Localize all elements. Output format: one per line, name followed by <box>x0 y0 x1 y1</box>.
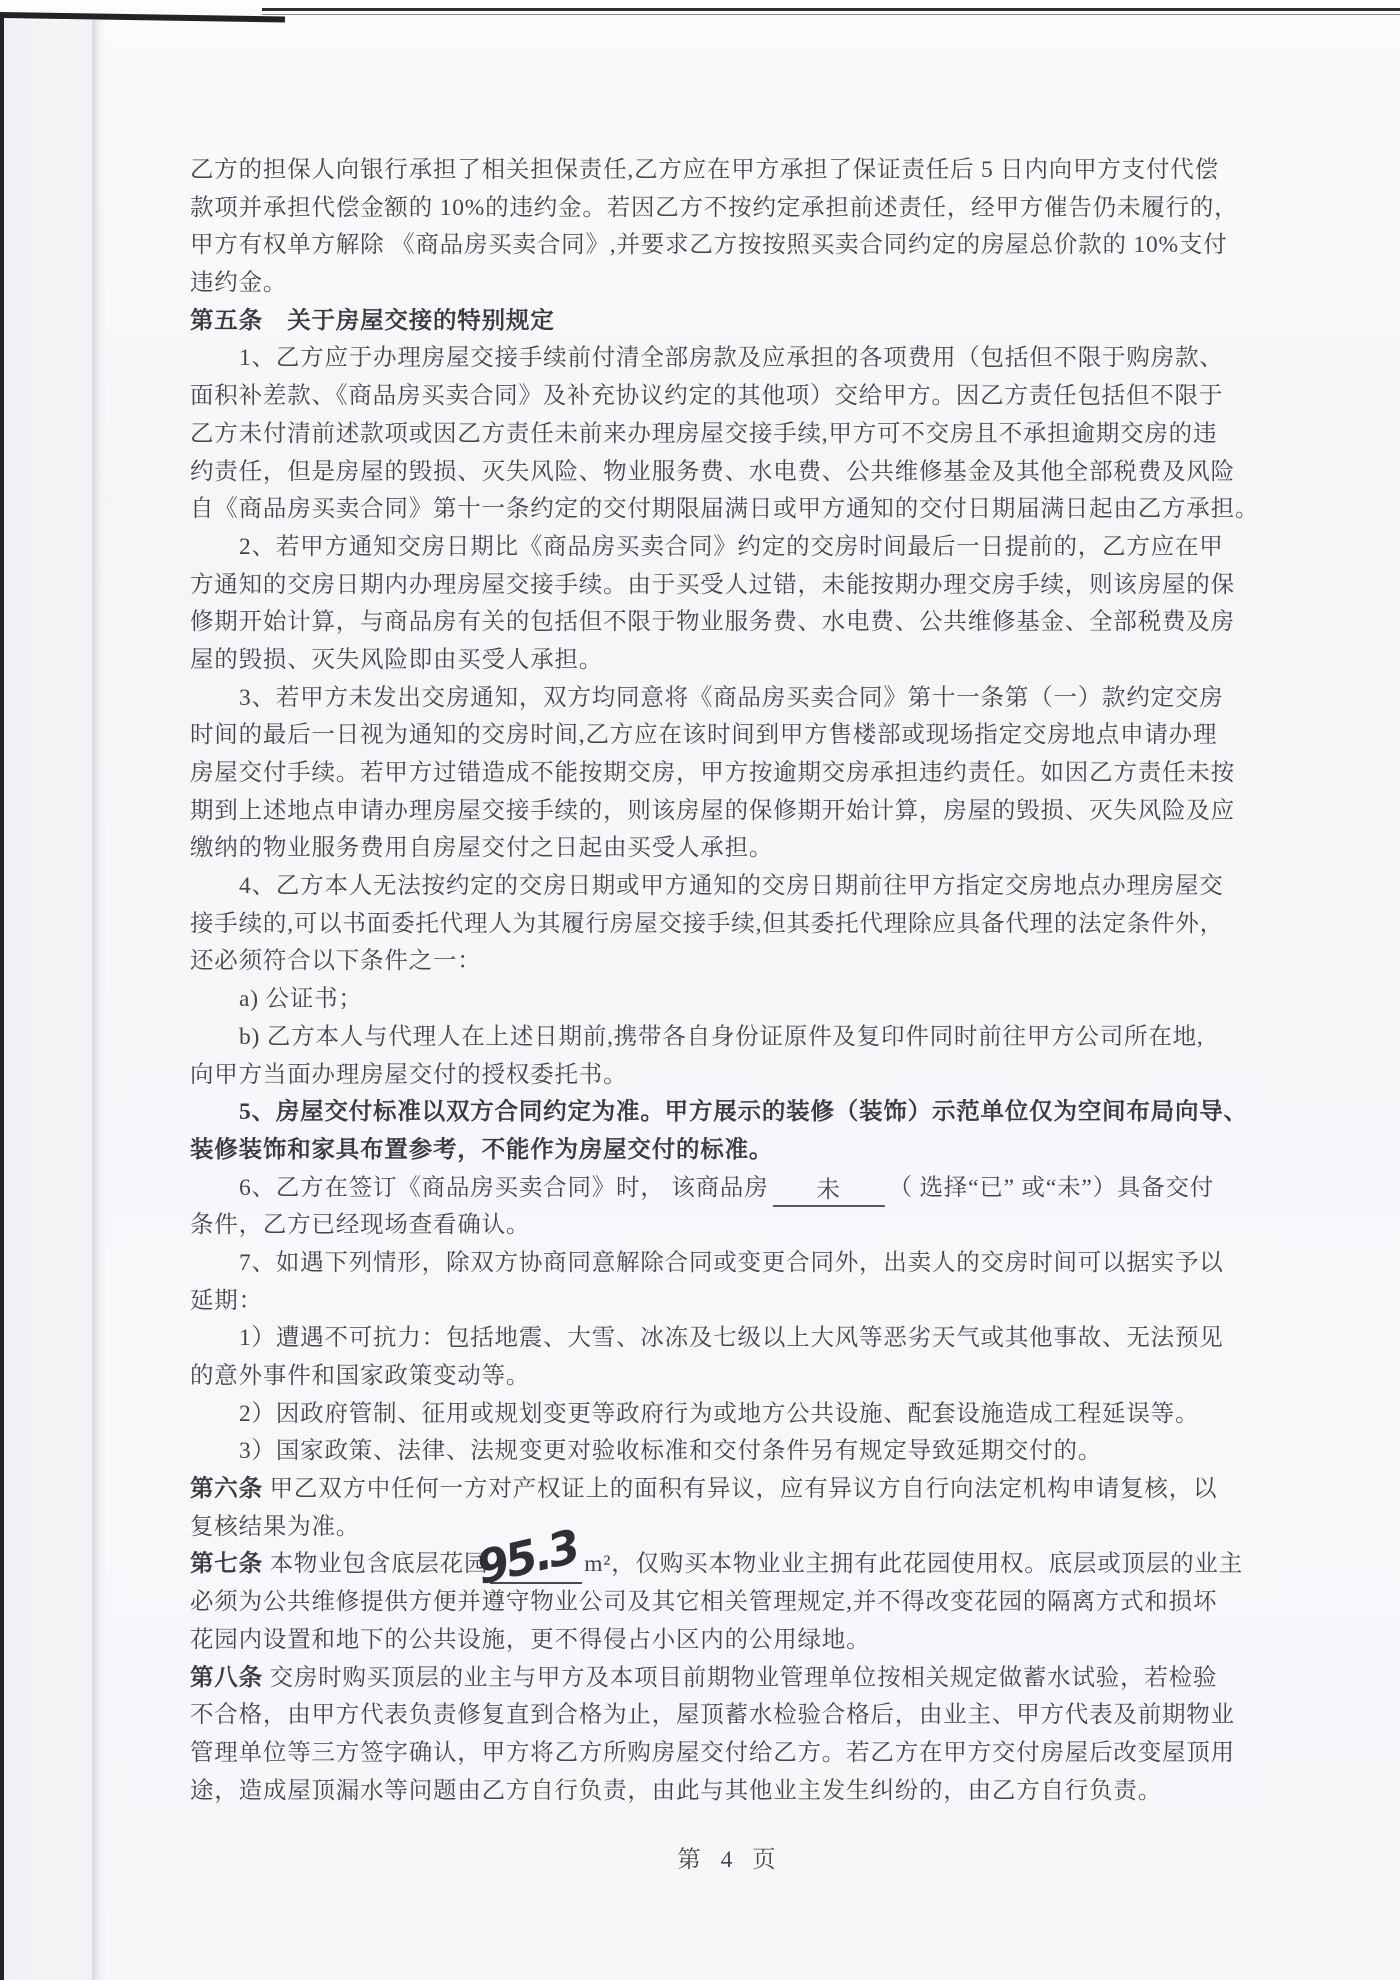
text-segment: 不合格，由甲方代表负责修复直到合格为止，屋顶蓄水检验合格后，由业主、甲方代表及前… <box>190 1702 1235 1728</box>
blank-underline-field: 未 <box>773 1173 885 1207</box>
clause-label: 第七条 <box>190 1551 270 1577</box>
text-segment: 时间的最后一日视为通知的交房时间,乙方应在该时间到甲方售楼部或现场指定交房地点申… <box>190 722 1217 748</box>
text-segment: 7、如遇下列情形，除双方协商同意解除合同或变更合同外，出卖人的交房时间可以据实予… <box>239 1250 1224 1276</box>
text-segment: 4、乙方本人无法按约定的交房日期或甲方通知的交房日期前往甲方指定交房地点办理房屋… <box>239 873 1224 899</box>
text-segment: 途，造成屋顶漏水等问题由乙方自行负责，由此与其他业主发生纠纷的，由乙方自行负责。 <box>190 1778 1162 1804</box>
document-line: 3）国家政策、法律、法规变更对验收标准和交付条件另有规定导致延期交付的。 <box>190 1433 1270 1471</box>
document-heading-line: 装修装饰和家具布置参考，不能作为房屋交付的标准。 <box>190 1132 1270 1170</box>
document-heading-line: 5、房屋交付标准以双方合同约定为准。甲方展示的装修（装饰）示范单位仅为空间布局向… <box>190 1094 1270 1132</box>
document-line: 修期开始计算，与商品房有关的包括但不限于物业服务费、水电费、公共维修基金、全部税… <box>190 604 1270 642</box>
document-line: 2、若甲方通知交房日期比《商品房买卖合同》约定的交房时间最后一日提前的，乙方应在… <box>190 529 1270 567</box>
text-segment: 必须为公共维修提供方便并遵守物业公司及其它相关管理规定,并不得改变花园的隔离方式… <box>190 1589 1217 1615</box>
document-line: 第七条 本物业包含底层花园95.3m²，仅购买本物业业主拥有此花园使用权。底层或… <box>190 1546 1270 1584</box>
text-segment: 复核结果为准。 <box>190 1514 360 1540</box>
document-body: 乙方的担保人向银行承担了相关担保责任,乙方应在甲方承担了保证责任后 5 日内向甲… <box>190 152 1270 1810</box>
document-line: 第六条 甲乙双方中任何一方对产权证上的面积有异议，应有异议方自行向法定机构申请复… <box>190 1471 1270 1509</box>
text-segment: b) 乙方本人与代理人在上述日期前,携带各自身份证原件及复印件同时前往甲方公司所… <box>239 1024 1204 1050</box>
document-line: 6、乙方在签订《商品房买卖合同》时， 该商品房未（ 选择“已” 或“未”）具备交… <box>190 1170 1270 1208</box>
page-top-edge-right <box>262 8 1400 11</box>
document-line: 甲方有权单方解除 《商品房买卖合同》,并要求乙方按按照买卖合同约定的房屋总价款的… <box>190 227 1270 265</box>
document-line: 必须为公共维修提供方便并遵守物业公司及其它相关管理规定,并不得改变花园的隔离方式… <box>190 1584 1270 1622</box>
page-fold-shadow <box>92 20 106 1980</box>
text-segment: 修期开始计算，与商品房有关的包括但不限于物业服务费、水电费、公共维修基金、全部税… <box>190 609 1235 635</box>
text-segment: 3、若甲方未发出交房通知，双方均同意将《商品房买卖合同》第十一条第（一）款约定交… <box>239 685 1224 711</box>
text-segment: 6、乙方在签订《商品房买卖合同》时， 该商品房 <box>239 1175 769 1201</box>
document-line: 期到上述地点申请办理房屋交接手续的，则该房屋的保修期开始计算，房屋的毁损、灭失风… <box>190 793 1270 831</box>
text-segment: 延期： <box>190 1288 263 1314</box>
text-segment: 缴纳的物业服务费用自房屋交付之日起由买受人承担。 <box>190 835 773 861</box>
clause-label: 第八条 <box>190 1665 270 1691</box>
text-segment: 款项并承担代偿金额的 10%的违约金。若因乙方不按约定承担前述责任，经甲方催告仍… <box>190 195 1238 221</box>
handwritten-area-value: 95.3 <box>474 1529 581 1589</box>
text-segment: 2）因政府管制、征用或规划变更等政府行为或地方公共设施、配套设施造成工程延误等。 <box>239 1401 1199 1427</box>
text-segment: 面积补差款、《商品房买卖合同》及补充协议约定的其他项）交给甲方。因乙方责任包括但… <box>190 383 1223 409</box>
page-top-edge-shadow <box>262 14 1400 15</box>
document-line: 的意外事件和国家政策变动等。 <box>190 1358 1270 1396</box>
document-line: 屋的毁损、灭失风险即由买受人承担。 <box>190 642 1270 680</box>
document-line: 房屋交付手续。若甲方过错造成不能按期交房，甲方按逾期交房承担违约责任。如因乙方责… <box>190 755 1270 793</box>
text-segment: 乙方未付清前述款项或因乙方责任未前来办理房屋交接手续,甲方可不交房且不承担逾期交… <box>190 421 1217 447</box>
text-segment: 装修装饰和家具布置参考，不能作为房屋交付的标准。 <box>190 1137 773 1163</box>
text-segment: 1、乙方应于办理房屋交接手续前付清全部房款及应承担的各项费用（包括但不限于购房款… <box>239 345 1224 371</box>
document-line: 条件，乙方已经现场查看确认。 <box>190 1207 1270 1245</box>
document-line: 途，造成屋顶漏水等问题由乙方自行负责，由此与其他业主发生纠纷的，由乙方自行负责。 <box>190 1773 1270 1811</box>
text-segment: 还必须符合以下条件之一： <box>190 948 482 974</box>
document-line: 向甲方当面办理房屋交付的授权委托书。 <box>190 1057 1270 1095</box>
text-segment: 本物业包含底层花园 <box>270 1551 489 1577</box>
document-line: b) 乙方本人与代理人在上述日期前,携带各自身份证原件及复印件同时前往甲方公司所… <box>190 1019 1270 1057</box>
text-segment: 向甲方当面办理房屋交付的授权委托书。 <box>190 1062 627 1088</box>
text-segment: 房屋交付手续。若甲方过错造成不能按期交房，甲方按逾期交房承担违约责任。如因乙方责… <box>190 760 1235 786</box>
text-segment: 交房时购买顶层的业主与甲方及本项目前期物业管理单位按相关规定做蓄水试验，若检验 <box>270 1665 1218 1691</box>
text-segment: 期到上述地点申请办理房屋交接手续的，则该房屋的保修期开始计算，房屋的毁损、灭失风… <box>190 798 1235 824</box>
text-segment: 方通知的交房日期内办理房屋交接手续。由于买受人过错，未能按期办理交房手续，则该房… <box>190 572 1235 598</box>
document-line: 时间的最后一日视为通知的交房时间,乙方应在该时间到甲方售楼部或现场指定交房地点申… <box>190 717 1270 755</box>
text-segment: 违约金。 <box>190 270 287 296</box>
document-line: a) 公证书； <box>190 981 1270 1019</box>
text-segment: 乙方的担保人向银行承担了相关担保责任,乙方应在甲方承担了保证责任后 5 日内向甲… <box>190 157 1219 183</box>
text-segment: 2、若甲方通知交房日期比《商品房买卖合同》约定的交房时间最后一日提前的，乙方应在… <box>239 534 1224 560</box>
document-line: 违约金。 <box>190 265 1270 303</box>
document-line: 自《商品房买卖合同》第十一条约定的交付期限届满日或甲方通知的交付日期届满日起由乙… <box>190 491 1270 529</box>
handwritten-underline-field: 95.3 <box>490 1550 582 1584</box>
document-line: 款项并承担代偿金额的 10%的违约金。若因乙方不按约定承担前述责任，经甲方催告仍… <box>190 190 1270 228</box>
document-line: 乙方未付清前述款项或因乙方责任未前来办理房屋交接手续,甲方可不交房且不承担逾期交… <box>190 416 1270 454</box>
document-heading-line: 第五条 关于房屋交接的特别规定 <box>190 303 1270 341</box>
text-segment: m²，仅购买本物业业主拥有此花园使用权。底层或顶层的业主 <box>584 1551 1243 1577</box>
document-line: 不合格，由甲方代表负责修复直到合格为止，屋顶蓄水检验合格后，由业主、甲方代表及前… <box>190 1697 1270 1735</box>
document-line: 缴纳的物业服务费用自房屋交付之日起由买受人承担。 <box>190 830 1270 868</box>
text-segment: 甲乙双方中任何一方对产权证上的面积有异议，应有异议方自行向法定机构申请复核，以 <box>270 1476 1218 1502</box>
document-line: 约责任，但是房屋的毁损、灭失风险、物业服务费、水电费、公共维修基金及其他全部税费… <box>190 454 1270 492</box>
text-segment: 甲方有权单方解除 《商品房买卖合同》,并要求乙方按按照买卖合同约定的房屋总价款的… <box>190 232 1228 258</box>
document-line: 1）遭遇不可抗力：包括地震、大雪、冰冻及七级以上大风等恶劣天气或其他事故、无法预… <box>190 1320 1270 1358</box>
text-segment: （ 选择“已” 或“未”）具备交付 <box>889 1175 1215 1201</box>
text-segment: 管理单位等三方签字确认，甲方将乙方所购房屋交付给乙方。若乙方在甲方交付房屋后改变… <box>190 1740 1235 1766</box>
document-line: 4、乙方本人无法按约定的交房日期或甲方通知的交房日期前往甲方指定交房地点办理房屋… <box>190 868 1270 906</box>
text-segment: a) 公证书； <box>239 986 363 1012</box>
text-segment: 接手续的,可以书面委托代理人为其履行房屋交接手续,但其委托代理除应具备代理的法定… <box>190 911 1224 937</box>
text-segment: 3）国家政策、法律、法规变更对验收标准和交付条件另有规定导致延期交付的。 <box>239 1438 1102 1464</box>
document-line: 接手续的,可以书面委托代理人为其履行房屋交接手续,但其委托代理除应具备代理的法定… <box>190 906 1270 944</box>
document-line: 1、乙方应于办理房屋交接手续前付清全部房款及应承担的各项费用（包括但不限于购房款… <box>190 340 1270 378</box>
text-segment: 约责任，但是房屋的毁损、灭失风险、物业服务费、水电费、公共维修基金及其他全部税费… <box>190 459 1235 485</box>
document-line: 还必须符合以下条件之一： <box>190 943 1270 981</box>
text-segment: 自《商品房买卖合同》第十一条约定的交付期限届满日或甲方通知的交付日期届满日起由乙… <box>190 496 1259 522</box>
scanned-contract-page: 乙方的担保人向银行承担了相关担保责任,乙方应在甲方承担了保证责任后 5 日内向甲… <box>0 0 1400 1980</box>
text-segment: 第五条 关于房屋交接的特别规定 <box>190 308 555 334</box>
underlying-page-strip <box>4 20 92 1980</box>
document-line: 第八条 交房时购买顶层的业主与甲方及本项目前期物业管理单位按相关规定做蓄水试验，… <box>190 1660 1270 1698</box>
document-line: 花园内设置和地下的公共设施，更不得侵占小区内的公用绿地。 <box>190 1622 1270 1660</box>
document-line: 7、如遇下列情形，除双方协商同意解除合同或变更合同外，出卖人的交房时间可以据实予… <box>190 1245 1270 1283</box>
document-line: 复核结果为准。 <box>190 1509 1270 1547</box>
document-line: 延期： <box>190 1283 1270 1321</box>
text-segment: 5、房屋交付标准以双方合同约定为准。甲方展示的装修（装饰）示范单位仅为空间布局向… <box>239 1099 1248 1125</box>
text-segment: 屋的毁损、灭失风险即由买受人承担。 <box>190 647 603 673</box>
document-line: 方通知的交房日期内办理房屋交接手续。由于买受人过错，未能按期办理交房手续，则该房… <box>190 567 1270 605</box>
text-segment: 的意外事件和国家政策变动等。 <box>190 1363 530 1389</box>
blank-filled-value: 未 <box>816 1177 840 1203</box>
text-segment: 1）遭遇不可抗力：包括地震、大雪、冰冻及七级以上大风等恶劣天气或其他事故、无法预… <box>239 1325 1224 1351</box>
document-line: 管理单位等三方签字确认，甲方将乙方所购房屋交付给乙方。若乙方在甲方交付房屋后改变… <box>190 1735 1270 1773</box>
clause-label: 第六条 <box>190 1476 270 1502</box>
page-number: 第 4 页 <box>190 1840 1270 1874</box>
text-segment: 条件，乙方已经现场查看确认。 <box>190 1212 530 1238</box>
text-segment: 花园内设置和地下的公共设施，更不得侵占小区内的公用绿地。 <box>190 1627 870 1653</box>
document-line: 面积补差款、《商品房买卖合同》及补充协议约定的其他项）交给甲方。因乙方责任包括但… <box>190 378 1270 416</box>
document-line: 2）因政府管制、征用或规划变更等政府行为或地方公共设施、配套设施造成工程延误等。 <box>190 1396 1270 1434</box>
document-line: 3、若甲方未发出交房通知，双方均同意将《商品房买卖合同》第十一条第（一）款约定交… <box>190 680 1270 718</box>
document-line: 乙方的担保人向银行承担了相关担保责任,乙方应在甲方承担了保证责任后 5 日内向甲… <box>190 152 1270 190</box>
